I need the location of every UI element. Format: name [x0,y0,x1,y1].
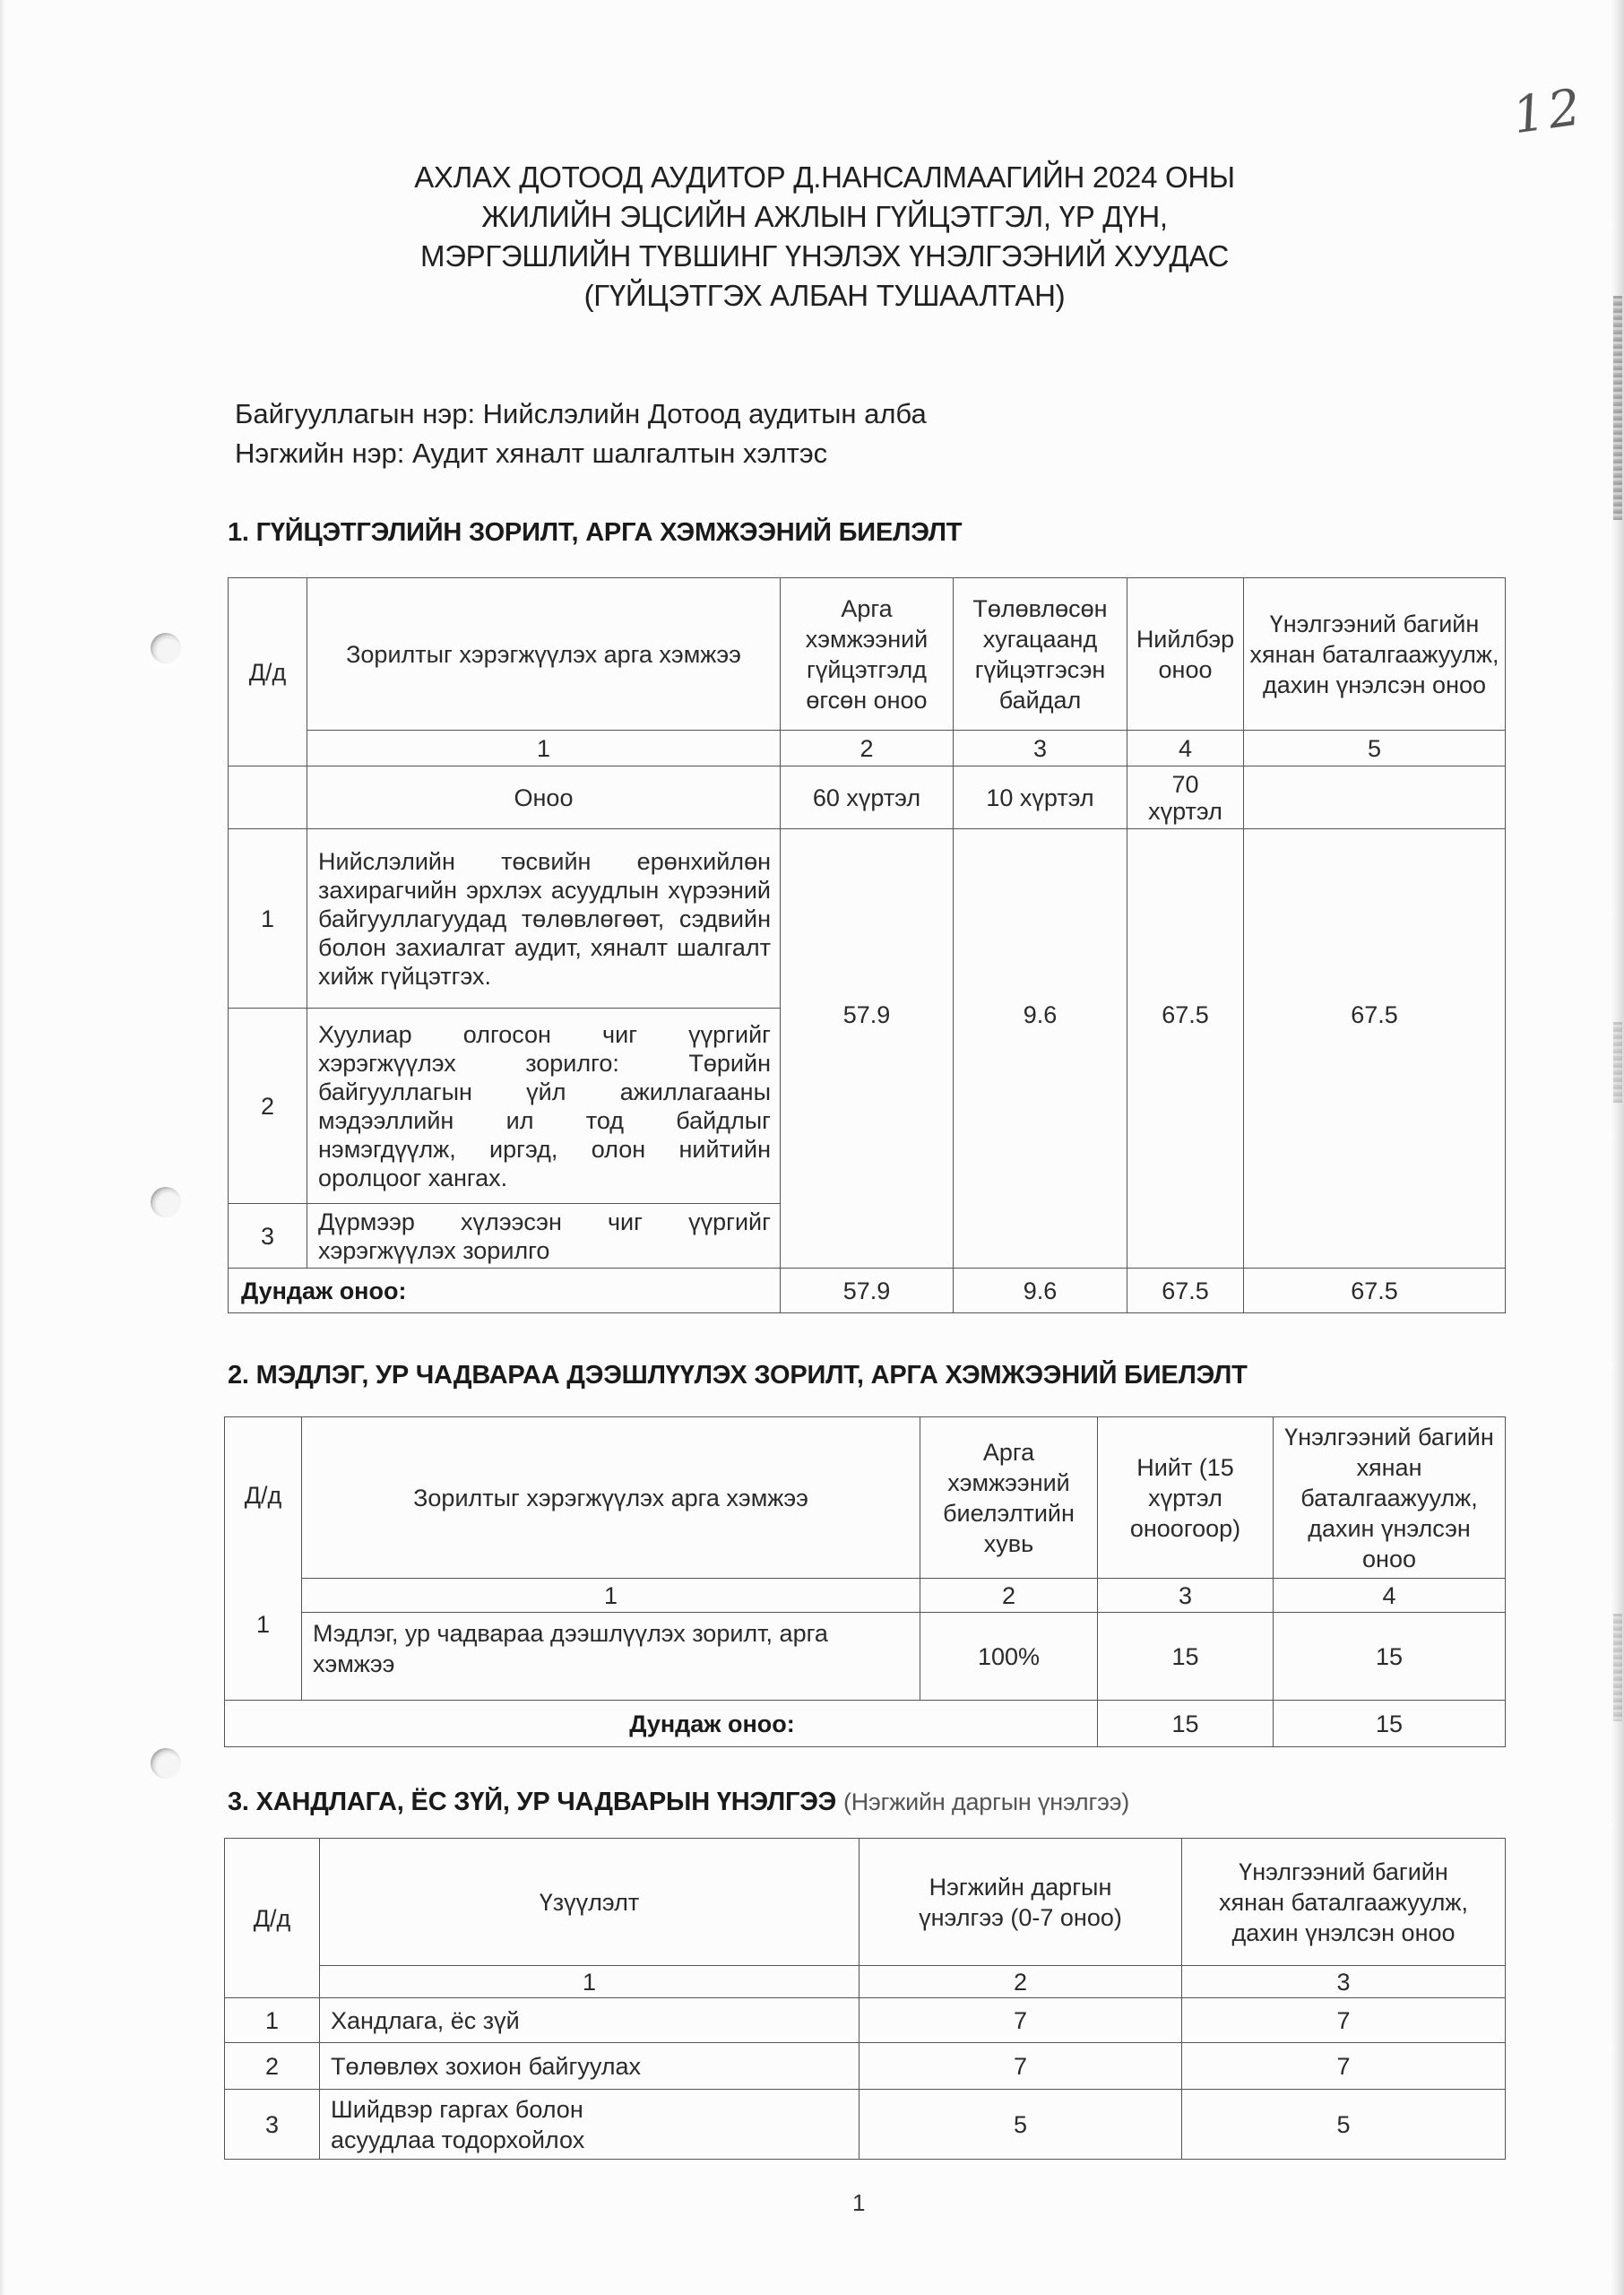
row-no: 1 [256,1611,270,1638]
header-measure: Зорилтыг хэрэгжүүлэх арга хэмжээ [302,1417,920,1579]
header-col3: Төлөвлөсөн хугацаанд гүйцэтгэсэн байдал [954,578,1127,731]
punch-hole [151,1187,181,1217]
title-line: АХЛАХ ДОТООД АУДИТОР Д.НАНСАЛМААГИЙН 202… [358,158,1291,197]
max-col4: 70 хүртэл [1127,766,1244,829]
header-col2: Арга хэмжээний гүйцэтгэлд өгсөн оноо [781,578,954,731]
handwritten-page-number: 12 [1509,78,1588,145]
column-number: 1 [302,1579,920,1613]
row-no: 3 [229,1204,307,1269]
header-measure: Зорилтыг хэрэгжүүлэх арга хэмжээ [307,578,781,731]
average-col2: 57.9 [781,1269,954,1313]
row-col3: 15 [1098,1613,1274,1701]
average-col4: 67.5 [1127,1269,1244,1313]
average-row: Дундаж оноо: 15 15 [225,1701,1506,1747]
header-no-label: Д/д [245,1482,282,1509]
max-row-label: Оноо [307,766,781,829]
section-3-heading: 3. ХАНДЛАГА, ЁС ЗҮЙ, УР ЧАДВАРЫН ҮНЭЛГЭЭ… [228,1788,1129,1817]
header-col3: Нийт (15 хүртэл оноогоор) [1098,1417,1274,1579]
title-line: ЖИЛИЙН ЭЦСИЙН АЖЛЫН ГҮЙЦЭТГЭЛ, ҮР ДҮН, [358,197,1291,237]
row-text: Мэдлэг, ур чадвараа дээшлүүлэх зорилт, а… [302,1613,920,1701]
header-col2: Арга хэмжээний биелэлтийн хувь [920,1417,1098,1579]
row-col2: 100% [920,1613,1098,1701]
column-number: 2 [920,1579,1098,1613]
average-label: Дундаж оноо: [225,1701,1098,1747]
score-col3: 9.6 [954,829,1127,1269]
row-col4: 15 [1274,1613,1506,1701]
row-text: Хуулиар олгосон чиг үүргийг хэрэгжүүлэх … [307,1009,781,1204]
column-number: 2 [781,731,954,766]
score-col2: 57.9 [781,829,954,1269]
title-line: (ГҮЙЦЭТГЭХ АЛБАН ТУШААЛТАН) [358,276,1291,316]
max-col3: 10 хүртэл [954,766,1127,829]
header-indicator: Үзүүлэлт [320,1839,860,1966]
header-col2: Нэгжийн даргын үнэлгээ (0-7 оноо) [860,1839,1182,1966]
header-col5: Үнэлгээний багийн хянан баталгаажуулж, д… [1244,578,1506,731]
row-col3: 5 [1182,2090,1506,2160]
column-number: 1 [307,731,781,766]
scan-smudge [1613,1614,1622,1721]
header-col4: Нийлбэр оноо [1127,578,1244,731]
organization-name: Байгууллагын нэр: Нийслэлийн Дотоод ауди… [235,394,927,434]
average-col5: 67.5 [1244,1269,1506,1313]
row-text: Нийслэлийн төсвийн ерөнхийлөн захирагчий… [307,829,781,1009]
table-row: 3 Шийдвэр гаргах болон асуудлаа тодорхой… [225,2090,1506,2160]
average-row: Дундаж оноо: 57.9 9.6 67.5 67.5 [229,1269,1506,1313]
title-line: МЭРГЭШЛИЙН ТҮВШИНГ ҮНЭЛЭХ ҮНЭЛГЭЭНИЙ ХУУ… [358,237,1291,276]
section-3-title: 3. ХАНДЛАГА, ЁС ЗҮЙ, УР ЧАДВАРЫН ҮНЭЛГЭЭ [228,1788,836,1816]
column-number: 1 [320,1966,860,1998]
attitude-table: Д/д Үзүүлэлт Нэгжийн даргын үнэлгээ (0-7… [224,1838,1506,2160]
max-col2: 60 хүртэл [781,766,954,829]
header-col4: Үнэлгээний багийн хянан баталгаажуулж, д… [1274,1417,1506,1579]
row-no: 1 [229,829,307,1009]
knowledge-table: Д/д 1 Зорилтыг хэрэгжүүлэх арга хэмжээ А… [224,1416,1506,1747]
row-no: 3 [225,2090,320,2160]
table-row: 1 Хандлага, ёс зүй 7 7 [225,1998,1506,2043]
header-col3: Үнэлгээний багийн хянан баталгаажуулж, д… [1182,1839,1506,1966]
header-no: Д/д 1 [225,1417,302,1701]
row-no: 2 [225,2043,320,2090]
score-col5: 67.5 [1244,829,1506,1269]
column-number: 3 [1182,1966,1506,1998]
column-number: 3 [954,731,1127,766]
scan-edge-right [1611,0,1624,2295]
row-col2: 7 [860,1998,1182,2043]
row-col2: 7 [860,2043,1182,2090]
table-row: Мэдлэг, ур чадвараа дээшлүүлэх зорилт, а… [225,1613,1506,1701]
punch-hole [151,633,181,663]
section-2-heading: 2. МЭДЛЭГ, УР ЧАДВАРАА ДЭЭШЛҮҮЛЭХ ЗОРИЛТ… [228,1361,1248,1390]
page-number: 1 [852,2189,865,2217]
row-text: Шийдвэр гаргах болон асуудлаа тодорхойло… [320,2090,860,2160]
row-no: 1 [225,1998,320,2043]
row-col2: 5 [860,2090,1182,2160]
section-1-heading: 1. ГҮЙЦЭТГЭЛИЙН ЗОРИЛТ, АРГА ХЭМЖЭЭНИЙ Б… [228,518,962,548]
average-label: Дундаж оноо: [229,1269,781,1313]
scan-smudge [1613,1022,1622,1103]
punch-hole [151,1748,181,1779]
column-number: 4 [1127,731,1244,766]
header-no: Д/д [229,578,307,766]
table-row: 2 Төлөвлөх зохион байгуулах 7 7 [225,2043,1506,2090]
score-col4: 67.5 [1127,829,1244,1269]
header-no: Д/д [225,1839,320,1998]
performance-table: Д/д Зорилтыг хэрэгжүүлэх арга хэмжээ Арг… [228,577,1506,1313]
max-col5 [1244,766,1506,829]
row-text: Дүрмээр хүлээсэн чиг үүргийг хэрэгжүүлэх… [307,1204,781,1269]
column-number: 5 [1244,731,1506,766]
max-row-no [229,766,307,829]
document-title: АХЛАХ ДОТООД АУДИТОР Д.НАНСАЛМААГИЙН 202… [358,158,1291,316]
average-col3: 9.6 [954,1269,1127,1313]
row-text: Төлөвлөх зохион байгуулах [320,2043,860,2090]
scan-edge-left [0,0,5,2295]
document-meta: Байгууллагын нэр: Нийслэлийн Дотоод ауди… [235,394,927,473]
table-row: 1 Нийслэлийн төсвийн ерөнхийлөн захирагч… [229,829,1506,1009]
row-col3: 7 [1182,2043,1506,2090]
unit-name: Нэгжийн нэр: Аудит хяналт шалгалтын хэлт… [235,434,927,473]
average-col4: 15 [1274,1701,1506,1747]
average-col3: 15 [1098,1701,1274,1747]
scan-smudge [1613,296,1622,520]
column-number: 4 [1274,1579,1506,1613]
column-number: 2 [860,1966,1182,1998]
section-3-note: (Нэгжийн даргын үнэлгээ) [843,1788,1129,1815]
column-number: 3 [1098,1579,1274,1613]
row-no: 2 [229,1009,307,1204]
row-col3: 7 [1182,1998,1506,2043]
row-text: Хандлага, ёс зүй [320,1998,860,2043]
